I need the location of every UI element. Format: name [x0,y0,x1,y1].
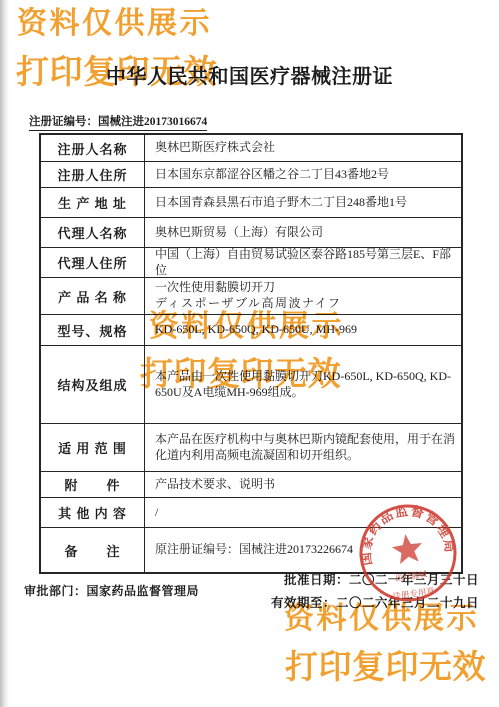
seal-star-icon [390,532,424,565]
value-scope-of-application: 本产品在医疗机构中与奥林巴斯内镜配套使用，用于在消化道内利用高频电流凝固和切开组… [145,423,461,471]
approval-department: 审批部门：国家药品监督管理局 [24,582,199,599]
production-address-text: 日本国青森县黑石市追子野木二丁目248番地1号 [155,195,456,211]
label-registrant-name: 注册人名称 [41,135,145,161]
label-agent-address: 代理人住所 [41,247,145,277]
value-agent-name: 奥林巴斯贸易（上海）有限公司 [145,217,461,247]
label-remarks: 备 注 [41,527,145,572]
registrant-name-text: 奥林巴斯医疗株式会社 [155,140,456,156]
label-registrant-address: 注册人住所 [41,161,145,187]
value-attachments: 产品技术要求、说明书 [145,471,461,497]
watermark-top-line1: 资料仅供展示 [17,9,212,39]
label-production-address: 生 产 地 址 [41,187,145,217]
value-product-name: 一次性使用黏膜切开刀 ディスポーザブル高周波ナイフ [145,277,461,314]
scope-of-application-text: 本产品在医疗机构中与奥林巴斯内镜配套使用，用于在消化道内利用高频电流凝固和切开组… [155,432,456,464]
certificate-title: 中华人民共和国医疗器械注册证 [0,60,499,89]
attachments-text: 产品技术要求、说明书 [155,477,456,493]
product-name-cn: 一次性使用黏膜切开刀 [155,280,456,296]
label-scope-of-application: 适 用 范 围 [41,423,145,471]
watermark-middle-line1: 资料仅供展示 [149,312,344,342]
certificate-page: 资料仅供展示 打印复印无效 中华人民共和国医疗器械注册证 注册证编号：国械注进2… [0,0,499,707]
label-attachments: 附 件 [41,471,145,497]
value-production-address: 日本国青森县黑石市追子野木二丁目248番地1号 [145,187,461,217]
label-structure-composition: 结构及组成 [41,345,145,423]
watermark-bottom-line1: 资料仅供展示 [284,604,479,634]
registrant-address-text: 日本国东京都涩谷区幡之谷二丁目43番地2号 [155,167,456,183]
watermark-bottom-line2: 打印复印无效 [285,650,486,683]
value-agent-address: 中国（上海）自由贸易试验区泰谷路185号第三层E、F部位 [145,247,461,277]
seal-sub-line1: 医疗器械 [395,569,428,583]
agent-name-text: 奥林巴斯贸易（上海）有限公司 [155,225,456,241]
certificate-number: 注册证编号：国械注进20173016674 [29,113,207,131]
label-product-name: 产 品 名 称 [41,277,145,314]
value-registrant-address: 日本国东京都涩谷区幡之谷二丁目43番地2号 [145,161,461,187]
scan-edge-shadow [0,0,9,707]
value-registrant-name: 奥林巴斯医疗株式会社 [145,135,461,161]
label-agent-name: 代理人名称 [41,217,145,247]
label-model-spec: 型号、规格 [41,314,145,345]
watermark-middle-line2: 打印复印无效 [140,357,341,390]
label-other-content: 其 他 内 容 [41,497,145,527]
official-seal: 国家药品监督管理局 医疗器械 注册专用章 [353,498,463,608]
agent-address-text: 中国（上海）自由贸易试验区泰谷路185号第三层E、F部位 [155,247,456,279]
